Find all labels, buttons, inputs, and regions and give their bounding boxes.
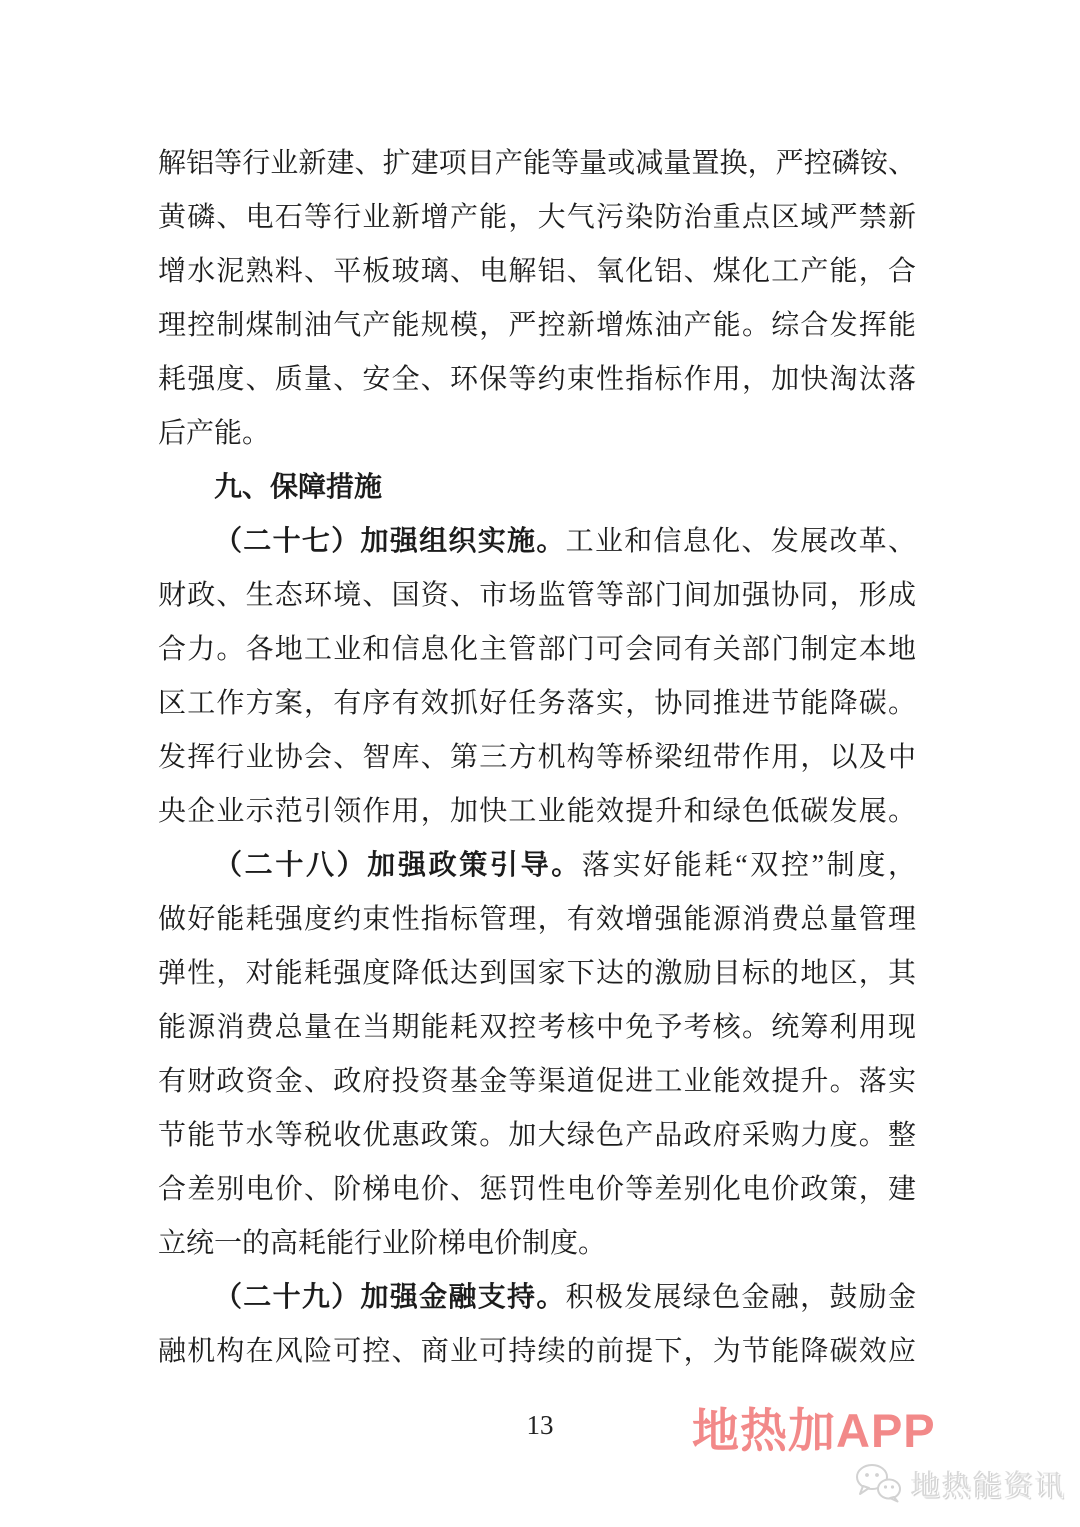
heading-line: 九、保障措施 (158, 461, 916, 515)
bold-segment: （二十九）加强金融支持。 (214, 1282, 566, 1313)
text-segment: 弹性，对能耗强度降低达到国家下达的激励目标的地区，其 (158, 958, 916, 989)
text-line: （二十七）加强组织实施。工业和信息化、发展改革、 (158, 515, 916, 569)
text-segment: 理控制煤制油气产能规模，严控新增炼油产能。综合发挥能 (158, 310, 916, 341)
text-segment: 发挥行业协会、智库、第三方机构等桥梁纽带作用，以及中 (158, 742, 916, 773)
text-line: 后产能。 (158, 407, 916, 461)
text-segment: 有财政资金、政府投资基金等渠道促进工业能效提升。落实 (158, 1066, 916, 1097)
channel-watermark: 地热能资讯 (854, 1462, 1065, 1504)
bold-segment: （二十八）加强政策引导。 (214, 850, 582, 881)
text-line: 有财政资金、政府投资基金等渠道促进工业能效提升。落实 (158, 1055, 916, 1109)
text-segment: 落实好能耗“双控”制度， (582, 850, 916, 881)
text-line: 央企业示范引领作用，加快工业能效提升和绿色低碳发展。 (158, 785, 916, 839)
text-segment: 后产能。 (158, 418, 270, 449)
text-segment: 央企业示范引领作用，加快工业能效提升和绿色低碳发展。 (158, 796, 916, 827)
text-line: 增水泥熟料、平板玻璃、电解铝、氧化铝、煤化工产能，合 (158, 245, 916, 299)
text-line: 合力。各地工业和信息化主管部门可会同有关部门制定本地 (158, 623, 916, 677)
text-line: 立统一的高耗能行业阶梯电价制度。 (158, 1217, 916, 1271)
text-segment: 节能节水等税收优惠政策。加大绿色产品政府采购力度。整 (158, 1120, 916, 1151)
brand-watermark: 地热加APP (692, 1404, 936, 1458)
text-segment: 融机构在风险可控、商业可持续的前提下，为节能降碳效应 (158, 1336, 916, 1367)
text-line: 能源消费总量在当期能耗双控考核中免予考核。统筹利用现 (158, 1001, 916, 1055)
text-segment: 立统一的高耗能行业阶梯电价制度。 (158, 1228, 606, 1259)
text-line: 解铝等行业新建、扩建项目产能等量或减量置换，严控磷铵、 (158, 137, 916, 191)
text-segment: 合差别电价、阶梯电价、惩罚性电价等差别化电价政策，建 (158, 1174, 916, 1205)
channel-name: 地热能资讯 (910, 1463, 1065, 1504)
text-line: 融机构在风险可控、商业可持续的前提下，为节能降碳效应 (158, 1325, 916, 1379)
text-line: 合差别电价、阶梯电价、惩罚性电价等差别化电价政策，建 (158, 1163, 916, 1217)
text-segment: 合力。各地工业和信息化主管部门可会同有关部门制定本地 (158, 634, 916, 665)
text-segment: 积极发展绿色金融，鼓励金 (566, 1282, 916, 1313)
text-line: 节能节水等税收优惠政策。加大绿色产品政府采购力度。整 (158, 1109, 916, 1163)
text-segment: 增水泥熟料、平板玻璃、电解铝、氧化铝、煤化工产能，合 (158, 256, 916, 287)
text-line: 弹性，对能耗强度降低达到国家下达的激励目标的地区，其 (158, 947, 916, 1001)
text-segment: 耗强度、质量、安全、环保等约束性指标作用，加快淘汰落 (158, 364, 916, 395)
text-line: 黄磷、电石等行业新增产能，大气污染防治重点区域严禁新 (158, 191, 916, 245)
bold-segment: （二十七）加强组织实施。 (214, 526, 566, 557)
wechat-icon (854, 1463, 902, 1503)
document-page: { "colors": { "background": "#ffffff", "… (0, 0, 1080, 1527)
text-segment: 解铝等行业新建、扩建项目产能等量或减量置换，严控磷铵、 (158, 148, 916, 179)
text-segment: 做好能耗强度约束性指标管理，有效增强能源消费总量管理 (158, 904, 916, 935)
document-body: 解铝等行业新建、扩建项目产能等量或减量置换，严控磷铵、黄磷、电石等行业新增产能，… (158, 137, 916, 1379)
text-line: 理控制煤制油气产能规模，严控新增炼油产能。综合发挥能 (158, 299, 916, 353)
text-segment: 财政、生态环境、国资、市场监管等部门间加强协同，形成 (158, 580, 916, 611)
text-line: 区工作方案，有序有效抓好任务落实，协同推进节能降碳。 (158, 677, 916, 731)
text-segment: 工业和信息化、发展改革、 (566, 526, 916, 557)
text-segment: 区工作方案，有序有效抓好任务落实，协同推进节能降碳。 (158, 688, 916, 719)
bold-segment: 九、保障措施 (214, 472, 382, 503)
text-line: （二十八）加强政策引导。落实好能耗“双控”制度， (158, 839, 916, 893)
text-segment: 黄磷、电石等行业新增产能，大气污染防治重点区域严禁新 (158, 202, 916, 233)
text-line: 做好能耗强度约束性指标管理，有效增强能源消费总量管理 (158, 893, 916, 947)
text-line: 发挥行业协会、智库、第三方机构等桥梁纽带作用，以及中 (158, 731, 916, 785)
text-line: 财政、生态环境、国资、市场监管等部门间加强协同，形成 (158, 569, 916, 623)
text-segment: 能源消费总量在当期能耗双控考核中免予考核。统筹利用现 (158, 1012, 916, 1043)
text-line: 耗强度、质量、安全、环保等约束性指标作用，加快淘汰落 (158, 353, 916, 407)
text-line: （二十九）加强金融支持。积极发展绿色金融，鼓励金 (158, 1271, 916, 1325)
